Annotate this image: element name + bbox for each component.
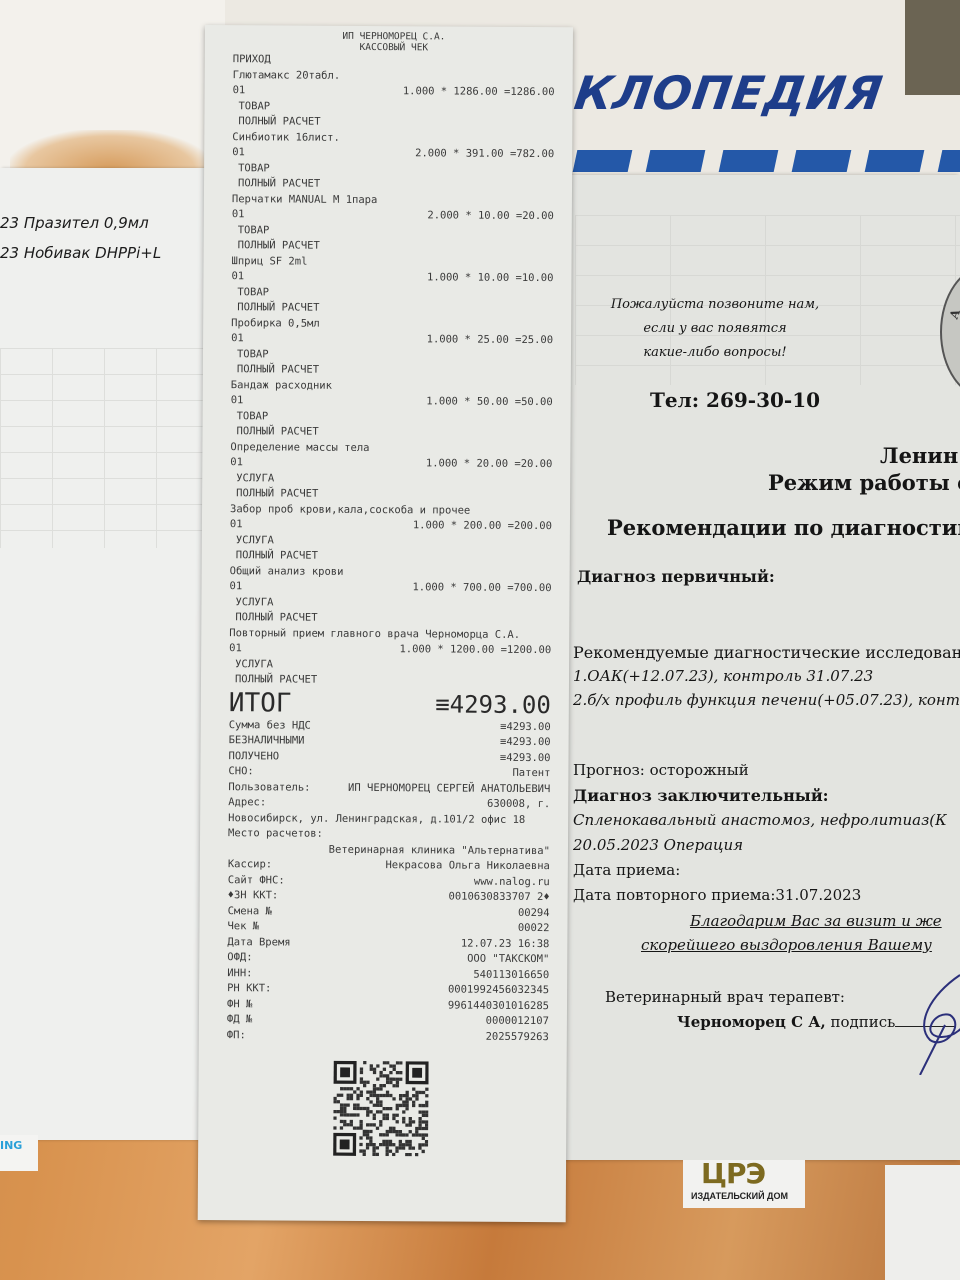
receipt-header: ИП ЧЕРНОМОРЕЦ С.А. КАССОВЫЙ ЧЕК [233, 30, 555, 54]
detail-label: Сайт ФНС: [228, 874, 285, 886]
background-object [885, 1165, 960, 1280]
detail-row: ФП:2025579263 [227, 1028, 549, 1045]
publisher-label: ЦРЭ ИЗДАТЕЛЬСКИЙ ДОМ [683, 1160, 805, 1208]
total-value: ≡4293.00 [435, 689, 551, 720]
vet-title: Ветеринарный врач терапевт: [605, 988, 845, 1006]
user-value: ИП ЧЕРНОМОРЕЦ СЕРГЕЙ АНАТОЛЬЕВИЧ [348, 780, 550, 797]
receipt-item: Определение массы тела011.000 * 20.00 =2… [230, 440, 552, 504]
detail-value: 0000012107 [486, 1014, 549, 1030]
detail-label: ФД № [227, 1013, 252, 1025]
receipt-item: Шприц SF 2ml011.000 * 10.00 =10.00ТОВАРП… [231, 254, 553, 318]
revisit-date: Дата повторного приема:31.07.2023 [573, 886, 861, 904]
vet-name: Черноморец С А, [677, 1013, 826, 1031]
user-label: Пользователь: [228, 781, 310, 794]
receipt-item: Перчатки MANUAL M 1пара012.000 * 10.00 =… [232, 192, 554, 256]
detail-value: 2025579263 [486, 1029, 549, 1045]
summary-value: ≡4293.00 [500, 719, 551, 735]
faint-table [0, 348, 225, 548]
summary-label: БЕЗНАЛИЧНЫМИ [229, 734, 305, 746]
receipt-item: Синбиотик 16лист.012.000 * 391.00 =782.0… [232, 130, 554, 194]
vaccination-line: 23 Нобивак DHPPi+L [0, 244, 161, 262]
clinic-recommendation-sheet: Пожалуйста позвоните нам, если у вас поя… [565, 175, 960, 1160]
research-item: 1.ОАК(+12.07.23), контроль 31.07.23 [573, 667, 873, 685]
detail-label: Дата Время [227, 936, 290, 948]
total-label: ИТОГ [229, 688, 292, 718]
item-code: 01 [232, 146, 245, 158]
summary-value: Патент [512, 766, 550, 782]
receipt-details: Кассир:Некрасова Ольга НиколаевнаСайт ФН… [227, 857, 550, 1045]
detail-value: ООО "ТАКСКОМ" [467, 952, 549, 968]
detail-value: 00294 [518, 905, 550, 921]
publisher-logo: ЦРЭ [701, 1160, 765, 1188]
handwritten-signature-icon [910, 965, 960, 1075]
detail-label: РН ККТ: [227, 982, 271, 994]
detail-value: 540113016650 [473, 967, 549, 983]
receipt-item: Глютамакс 20табл.011.000 * 1286.00 =1286… [232, 68, 554, 132]
qr-code-icon [333, 1061, 429, 1157]
item-amount: 1.000 * 1200.00 =1200.00 [399, 642, 551, 658]
summary-label: СНО: [228, 765, 253, 777]
prognosis: Прогноз: осторожный [573, 761, 749, 779]
research-title: Рекомендуемые диагностические исследован… [573, 643, 960, 662]
receipt-item: Общий анализ крови011.000 * 700.00 =700.… [229, 564, 551, 628]
call-text-line: какие-либо вопросы! [605, 341, 825, 365]
detail-label: ФН № [227, 998, 252, 1010]
clinic-address: Ленин [880, 443, 958, 468]
summary-value: ≡4293.00 [500, 750, 551, 766]
detail-label: Чек № [227, 920, 259, 932]
book-stripes [575, 150, 960, 172]
receipt-total: ИТОГ ≡4293.00 [229, 688, 551, 720]
recommendations-title: Рекомендации по диагностике [607, 515, 960, 540]
detail-label: Кассир: [228, 858, 272, 870]
detail-value: 00022 [518, 921, 550, 937]
primary-diagnosis-label: Диагноз первичный: [577, 567, 775, 586]
detail-value: 0010630833707 2♦ [448, 890, 549, 906]
detail-label: ♦ЗН ККТ: [228, 889, 279, 901]
detail-value: www.nalog.ru [474, 874, 550, 890]
item-amount: 1.000 * 1286.00 =1286.00 [403, 84, 555, 100]
vaccination-page: 23 Празител 0,9мл 23 Нобивак DHPPi+L [0, 168, 232, 1140]
clinic-hours: Режим работы с [768, 470, 960, 495]
stamp-letter: А [947, 307, 960, 321]
detail-label: ФП: [227, 1029, 246, 1041]
detail-value: 9961440301016285 [448, 998, 549, 1014]
item-code: 01 [231, 332, 244, 344]
visit-date: Дата приема: [573, 861, 680, 879]
item-amount: 1.000 * 200.00 =200.00 [413, 518, 552, 534]
item-code: 01 [230, 456, 243, 468]
detail-label: ИНН: [227, 967, 252, 979]
book-title: КЛОПЕДИЯ [572, 70, 886, 116]
detail-label: ОФД: [227, 951, 252, 963]
receipt-item: Забор проб крови,кала,соскоба и прочее01… [230, 502, 552, 566]
item-amount: 2.000 * 10.00 =20.00 [427, 208, 554, 224]
detail-label: Смена № [228, 905, 272, 917]
operation-date: 20.05.2023 Операция [573, 836, 743, 854]
item-code: 01 [231, 394, 244, 406]
research-item: 2.б/х профиль функция печени(+05.07.23),… [573, 691, 960, 709]
receipt-item: Повторный прием главного врача Черноморц… [229, 626, 551, 690]
thanks-line: Благодарим Вас за визит и же [690, 912, 942, 930]
receipt-summary: Сумма без НДС≡4293.00БЕЗНАЛИЧНЫМИ≡4293.0… [228, 718, 550, 782]
item-amount: 1.000 * 20.00 =20.00 [426, 456, 553, 472]
address-value: 630008, г. [487, 797, 550, 813]
vaccination-line: 23 Празител 0,9мл [0, 214, 149, 232]
book-logo-badge: ING [0, 1135, 38, 1171]
summary-value: ≡4293.00 [500, 735, 551, 751]
detail-value: 12.07.23 16:38 [461, 936, 550, 952]
publisher-caption: ИЗДАТЕЛЬСКИЙ ДОМ [691, 1191, 788, 1201]
detail-value: 0001992456032345 [448, 983, 549, 999]
summary-label: Сумма без НДС [229, 719, 311, 732]
cash-receipt: ИП ЧЕРНОМОРЕЦ С.А. КАССОВЫЙ ЧЕК ПРИХОД Г… [198, 25, 573, 1222]
background-shelf [905, 0, 960, 95]
detail-value: Некрасова Ольга Николаевна [385, 858, 549, 875]
item-amount: 1.000 * 25.00 =25.00 [427, 332, 554, 348]
item-amount: 1.000 * 10.00 =10.00 [427, 270, 554, 286]
item-code: 01 [232, 208, 245, 220]
item-code: 01 [233, 84, 246, 96]
summary-label: ПОЛУЧЕНО [229, 750, 280, 762]
item-amount: 1.000 * 50.00 =50.00 [426, 394, 553, 410]
item-amount: 1.000 * 700.00 =700.00 [412, 580, 551, 596]
clinic-phone: Тел: 269-30-10 [650, 388, 820, 412]
address-label: Адрес: [228, 796, 266, 808]
final-diagnosis-label: Диагноз заключительный: [573, 786, 829, 805]
call-us-text: Пожалуйста позвоните нам, если у вас поя… [605, 293, 825, 365]
item-code: 01 [230, 518, 243, 530]
signature-label: подпись [826, 1013, 896, 1031]
thanks-line: скорейшего выздоровления Вашему [641, 936, 932, 954]
receipt-items: Глютамакс 20табл.011.000 * 1286.00 =1286… [229, 68, 555, 690]
final-diagnosis: Спленокавальный анастомоз, нефролитиаз(К [573, 811, 947, 829]
call-text-line: если у вас появятся [605, 317, 825, 341]
item-code: 01 [231, 270, 244, 282]
item-code: 01 [230, 580, 243, 592]
receipt-item: Бандаж расходник011.000 * 50.00 =50.00ТО… [230, 378, 552, 442]
item-code: 01 [229, 642, 242, 654]
call-text-line: Пожалуйста позвоните нам, [605, 293, 825, 317]
item-amount: 2.000 * 391.00 =782.00 [415, 146, 554, 162]
receipt-item: Пробирка 0,5мл011.000 * 25.00 =25.00ТОВА… [231, 316, 553, 380]
